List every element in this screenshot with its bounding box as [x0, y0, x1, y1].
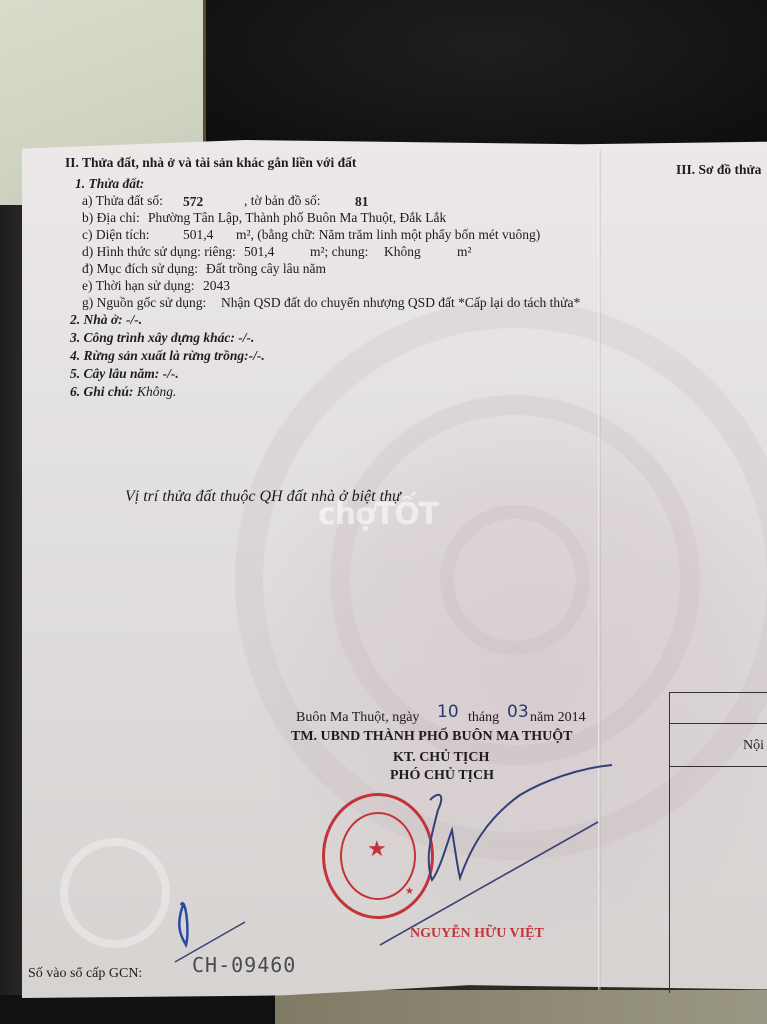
- land-plot-heading: 1. Thửa đất:: [75, 177, 144, 191]
- background-floor: [270, 990, 767, 1024]
- table-divider: [670, 723, 767, 724]
- note-value: Không.: [137, 385, 176, 399]
- term-value: 2043: [203, 279, 230, 293]
- place-date-prefix: Buôn Ma Thuột, ngày: [296, 711, 419, 725]
- month-label: tháng: [468, 711, 499, 725]
- table-header-content: Nội: [743, 738, 764, 754]
- stamp-star-icon: ★: [367, 836, 387, 862]
- official-stamp-icon: ★ ★: [322, 793, 434, 919]
- area-in-words: m², (bằng chữ: Năm trăm linh một phẩy bố…: [236, 228, 540, 242]
- other-construction-item: 3. Công trình xây dựng khác: -/-.: [70, 331, 254, 345]
- address-value: Phường Tân Lập, Thành phố Buôn Ma Thuột,…: [148, 211, 446, 225]
- background-bottom-edge: [0, 995, 275, 1024]
- section-ii-heading: II. Thửa đất, nhà ở và tài sản khác gắn …: [65, 156, 356, 170]
- purpose-value: Đất trồng cây lâu năm: [206, 262, 326, 276]
- usage-shared-unit: m²: [457, 245, 472, 259]
- signing-month: 03: [507, 704, 529, 721]
- authority: TM. UBND THÀNH PHỐ BUÔN MA THUỘT: [291, 730, 572, 744]
- address-label: b) Địa chỉ:: [82, 211, 140, 225]
- house-item: 2. Nhà ở: -/-.: [70, 313, 142, 327]
- production-forest-item: 4. Rừng sản xuất là rừng trồng:-/-.: [70, 349, 265, 363]
- area-value: 501,4: [183, 228, 213, 242]
- area-label: c) Diện tích:: [82, 228, 149, 242]
- on-behalf-of: KT. CHỦ TỊCH: [393, 751, 489, 765]
- plot-number-label: a) Thửa đất số:: [82, 194, 163, 208]
- term-label: e) Thời hạn sử dụng:: [82, 279, 194, 293]
- signer-position: PHÓ CHỦ TỊCH: [390, 769, 494, 783]
- section-iii-heading: III. Sơ đồ thửa: [676, 163, 761, 177]
- plot-number: 572: [183, 194, 203, 210]
- year-label: năm 2014: [530, 711, 586, 725]
- table-divider: [670, 766, 767, 767]
- stamp-small-star-icon: ★: [405, 886, 414, 897]
- origin-label: g) Nguồn gốc sử dụng:: [82, 296, 206, 310]
- perennial-trees-item: 5. Cây lâu năm: -/-.: [70, 367, 179, 381]
- usage-form-label: d) Hình thức sử dụng: riêng:: [82, 245, 236, 259]
- drum-watermark-core: [440, 505, 590, 655]
- chotot-watermark: chợTỐT: [318, 497, 438, 532]
- usage-private-value: 501,4: [244, 245, 274, 259]
- background-dark-surface: [203, 0, 767, 150]
- signing-day: 10: [437, 704, 459, 721]
- embossed-emblem-icon: [60, 838, 170, 948]
- usage-shared-value: Không: [384, 245, 421, 259]
- map-sheet-number: 81: [355, 194, 369, 210]
- usage-shared-label: m²; chung:: [310, 245, 368, 259]
- registry-number: CH-09460: [192, 953, 296, 977]
- map-sheet-label: , tờ bản đồ số:: [244, 194, 321, 208]
- registry-label: Số vào sổ cấp GCN:: [28, 967, 142, 981]
- note-label: 6. Ghi chú:: [70, 385, 133, 399]
- page-fold: [598, 150, 601, 990]
- purpose-label: đ) Mục đích sử dụng:: [82, 262, 198, 276]
- origin-value: Nhận QSD đất do chuyển nhượng QSD đất *C…: [221, 296, 580, 310]
- signer-name: NGUYỄN HỮU VIỆT: [410, 926, 544, 942]
